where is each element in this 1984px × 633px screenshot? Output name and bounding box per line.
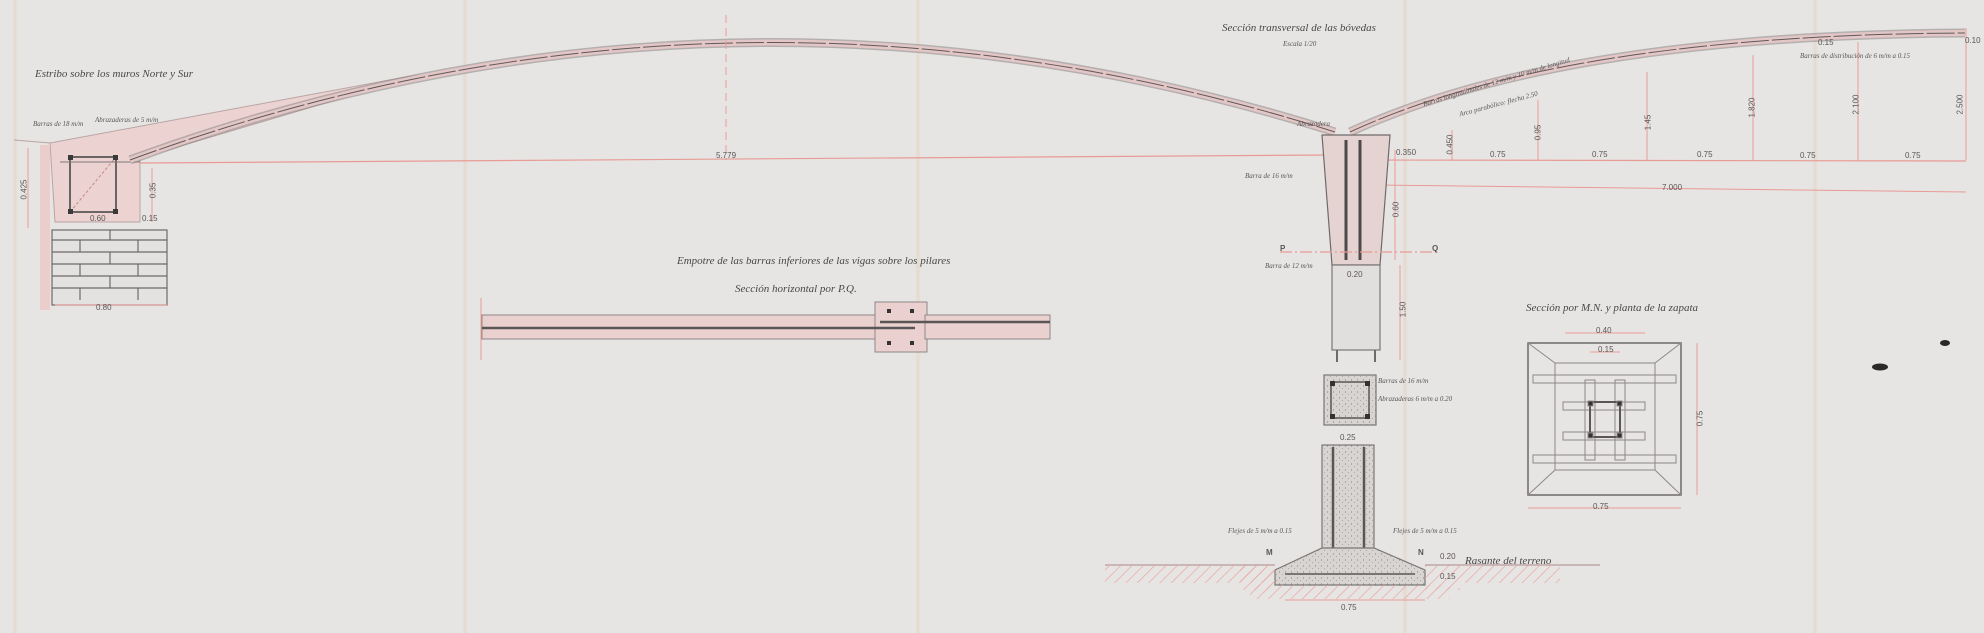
ordinate-4: 2.100	[1852, 94, 1861, 114]
ord-spacing-3: 0.75	[1697, 150, 1713, 159]
flejes-left-label: Flejes de 5 m/m a 0.15	[1228, 527, 1292, 535]
dim-pillar-lower: 1.50	[1398, 302, 1407, 318]
dim-pillar-base: 0.25	[1340, 433, 1356, 442]
dim-plan-mid: 0.40	[1596, 326, 1612, 335]
bar-label: Barras de 18 m/m	[33, 120, 83, 128]
dim-right-span: 7.000	[1662, 183, 1682, 192]
beam-embed-section	[481, 298, 1050, 360]
barras-pilar-label: Barras de 16 m/m	[1378, 377, 1428, 385]
dim-abut-small: 0.35	[148, 183, 157, 199]
section-N: N	[1418, 548, 1424, 557]
spacing-label: 0.15	[1818, 38, 1834, 47]
abrazaderas-pilar-label: Abrazaderas 6 m/m a 0.20	[1378, 395, 1452, 403]
ground-label: Rasante del terreno	[1465, 555, 1551, 567]
dim-footing-h1: 0.20	[1440, 552, 1456, 561]
ink-blot	[1872, 364, 1888, 371]
ordinate-0: 0.450	[1446, 134, 1455, 154]
main-vault-arch	[130, 43, 1335, 160]
section-M: M	[1266, 548, 1273, 557]
dim-pillar-width: 0.20	[1347, 270, 1363, 279]
footing-title: Sección por M.N. y planta de la zapata	[1526, 302, 1698, 314]
section-P: P	[1280, 244, 1285, 253]
dim-tip: 0.10	[1965, 36, 1981, 45]
dim-plan-inner: 0.15	[1598, 345, 1614, 354]
ord-spacing-0: 0.350	[1396, 148, 1416, 157]
dim-pillar-top: 0.60	[1391, 202, 1400, 218]
dim-plan-side: 0.75	[1695, 411, 1704, 427]
barra-low-label: Barra de 12 m/m	[1265, 262, 1313, 270]
ordinate-5: 2.500	[1956, 94, 1965, 114]
beam-embed-subtitle: Sección horizontal por P.Q.	[735, 283, 857, 295]
ordinate-3: 1.820	[1748, 97, 1757, 117]
dim-plan-outer: 0.75	[1593, 502, 1609, 511]
distribution-label: Barras de distribución de 6 m/m a 0.15	[1800, 52, 1910, 60]
abrazadera-label: Abrazadera	[1297, 120, 1330, 128]
abutment-title: Estribo sobre los muros Norte y Sur	[35, 68, 193, 80]
technical-drawing	[0, 0, 1984, 633]
ord-spacing-5: 0.75	[1905, 151, 1921, 160]
flejes-right-label: Flejes de 5 m/m a 0.15	[1393, 527, 1457, 535]
dim-abut-base: 0.80	[96, 303, 112, 312]
central-pillar	[1105, 135, 1600, 600]
dim-abut-width: 0.60	[90, 214, 106, 223]
ord-spacing-1: 0.75	[1490, 150, 1506, 159]
dim-abut-offset: 0.15	[142, 214, 158, 223]
cross-section-title: Sección transversal de las bóvedas	[1222, 22, 1376, 34]
ink-blot	[1940, 340, 1950, 346]
drawing-sheet: Estribo sobre los muros Norte y Sur Barr…	[0, 0, 1984, 633]
dim-footing-width: 0.75	[1341, 603, 1357, 612]
ord-spacing-4: 0.75	[1800, 151, 1816, 160]
dim-footing-h2: 0.15	[1440, 572, 1456, 581]
dim-abut-height: 0.425	[20, 179, 29, 199]
ord-spacing-2: 0.75	[1592, 150, 1608, 159]
stirrup-label: Abrazaderas de 5 m/m	[95, 116, 158, 124]
barra-center-label: Barra de 16 m/m	[1245, 172, 1293, 180]
dim-main-span: 5.779	[716, 151, 736, 160]
ordinate-2: 1.45	[1643, 115, 1652, 131]
section-Q: Q	[1432, 244, 1438, 253]
footing-plan	[1528, 333, 1697, 508]
ordinate-1: 0.95	[1533, 125, 1542, 141]
abutment-detail	[14, 75, 420, 310]
beam-embed-title: Empotre de las barras inferiores de las …	[677, 255, 950, 267]
scale-label: Escala 1/20	[1283, 40, 1316, 48]
